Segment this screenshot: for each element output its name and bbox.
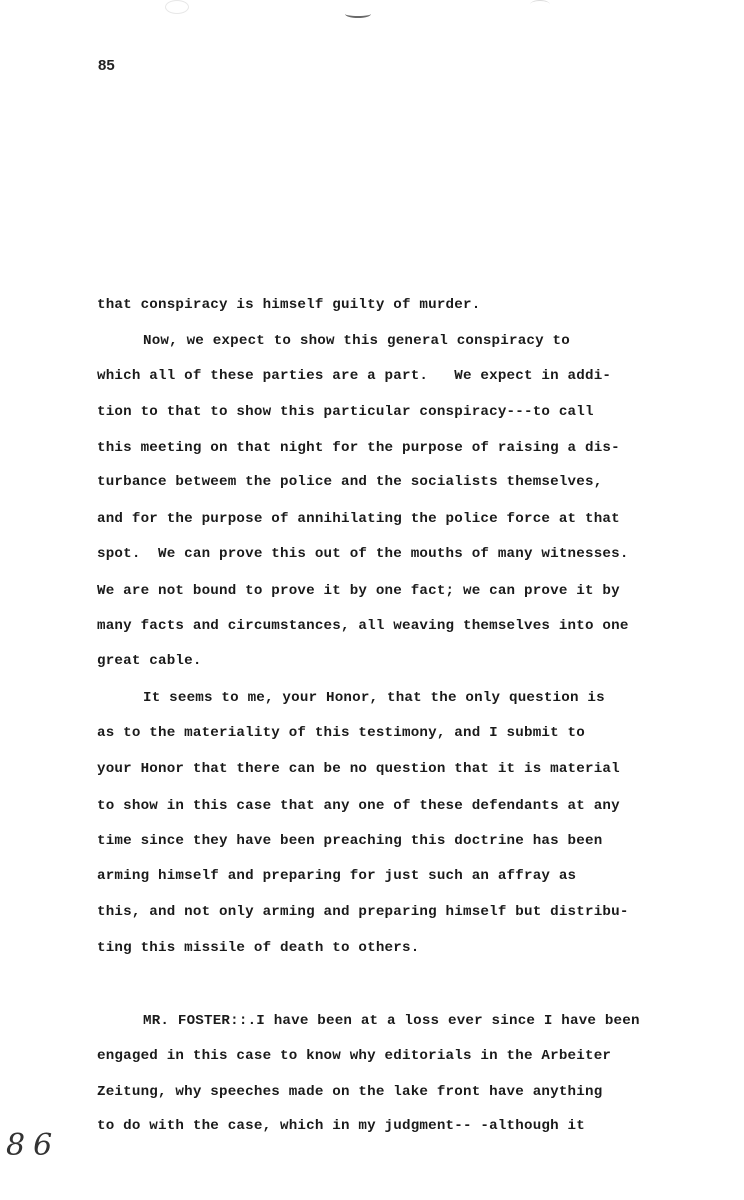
- text-line: Zeitung, why speeches made on the lake f…: [97, 1083, 602, 1101]
- text-line: engaged in this case to know why editori…: [97, 1047, 611, 1065]
- text-line: your Honor that there can be no question…: [97, 760, 620, 778]
- scan-smudge: [345, 10, 371, 18]
- page-number: 85: [98, 57, 115, 74]
- text-line: MR. FOSTER::.I have been at a loss ever …: [143, 1012, 640, 1030]
- text-line: We are not bound to prove it by one fact…: [97, 582, 620, 600]
- text-line: time since they have been preaching this…: [97, 832, 602, 850]
- text-line: tion to that to show this particular con…: [97, 403, 594, 421]
- scan-smudge: [165, 0, 189, 14]
- text-line: which all of these parties are a part. W…: [97, 367, 611, 385]
- text-line: this, and not only arming and preparing …: [97, 903, 629, 921]
- text-line: It seems to me, your Honor, that the onl…: [143, 689, 605, 707]
- text-line: turbance betweem the police and the soci…: [97, 473, 602, 491]
- text-line: spot. We can prove this out of the mouth…: [97, 545, 629, 563]
- text-line: to show in this case that any one of the…: [97, 797, 620, 815]
- text-line: that conspiracy is himself guilty of mur…: [97, 296, 480, 314]
- text-line: as to the materiality of this testimony,…: [97, 724, 585, 742]
- text-line: many facts and circumstances, all weavin…: [97, 617, 629, 635]
- text-line: Now, we expect to show this general cons…: [143, 332, 570, 350]
- handwritten-page-note: 86: [6, 1128, 60, 1163]
- text-line: and for the purpose of annihilating the …: [97, 510, 620, 528]
- text-line: this meeting on that night for the purpo…: [97, 439, 620, 457]
- text-line: ting this missile of death to others.: [97, 939, 419, 957]
- scan-smudge: [530, 0, 550, 9]
- text-line: to do with the case, which in my judgmen…: [97, 1117, 585, 1135]
- text-line: great cable.: [97, 652, 202, 670]
- text-line: arming himself and preparing for just su…: [97, 867, 576, 885]
